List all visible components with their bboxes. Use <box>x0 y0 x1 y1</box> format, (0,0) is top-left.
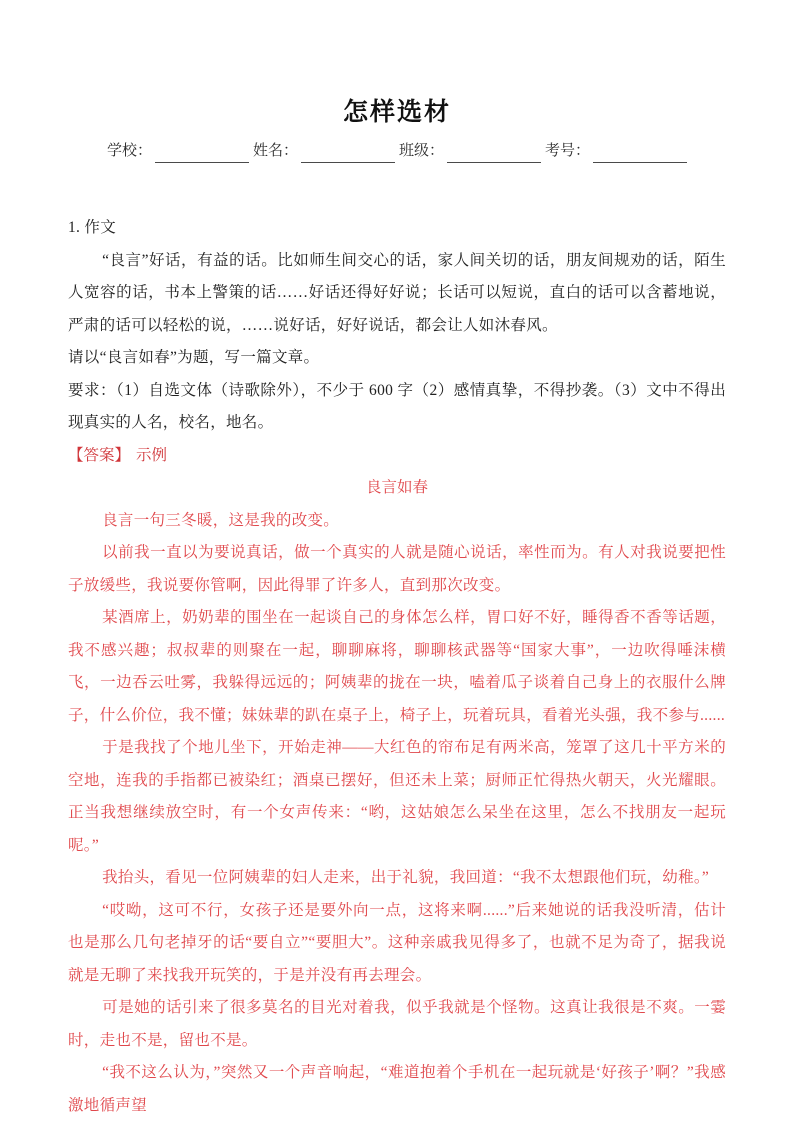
question-requirements: 要求：（1）自选文体（诗歌除外），不少于 600 字（2）感情真挚，不得抄袭。（… <box>68 375 726 440</box>
essay-paragraph: “我不这么认为，”突然又一个声音响起，“难道抱着个手机在一起玩就是‘好孩子’啊？… <box>68 1057 726 1122</box>
document-title: 怎样选材 <box>68 96 726 130</box>
answer-label: 【答案】 <box>68 447 130 464</box>
school-field: 学校： <box>107 139 249 163</box>
answer-type-label: 示例 <box>136 447 167 464</box>
question-instruction: 请以“良言如春”为题，写一篇文章。 <box>68 342 726 375</box>
student-info-row: 学校： 姓名： 班级： 考号： <box>68 139 726 163</box>
answer-label-line: 【答案】示例 <box>68 440 726 473</box>
essay-paragraph: 我抬头，看见一位阿姨辈的妇人走来，出于礼貌，我回道：“我不太想跟他们玩，幼稚。” <box>68 862 726 895</box>
class-label: 班级： <box>399 139 444 163</box>
name-field: 姓名： <box>253 139 395 163</box>
name-blank-line <box>301 145 395 163</box>
essay-title: 良言如春 <box>68 472 726 505</box>
name-label: 姓名： <box>253 139 298 163</box>
essay-paragraph: 可是她的话引来了很多莫名的目光对着我，似乎我就是个怪物。这真让我很是不爽。一霎时… <box>68 992 726 1057</box>
school-label: 学校： <box>107 139 152 163</box>
question-section: 1. 作文 “良言”好话，有益的话。比如师生间交心的话，家人间关切的话，朋友间规… <box>68 212 726 440</box>
question-prompt: “良言”好话，有益的话。比如师生间交心的话，家人间关切的话，朋友间规劝的话，陌生… <box>68 245 726 343</box>
exam-number-label: 考号： <box>545 139 590 163</box>
document-page: 怎样选材 学校： 姓名： 班级： 考号： 1. 作文 “良言”好话，有益的话。比… <box>0 0 793 1122</box>
exam-number-field: 考号： <box>545 139 687 163</box>
essay-paragraph: 于是我找了个地儿坐下，开始走神——大红色的帘布足有两米高，笼罩了这几十平方米的空… <box>68 732 726 862</box>
class-field: 班级： <box>399 139 541 163</box>
essay-paragraph: “哎呦，这可不行，女孩子还是要外向一点，这将来啊......”后来她说的话我没听… <box>68 895 726 993</box>
essay-paragraph: 以前我一直以为要说真话，做一个真实的人就是随心说话，率性而为。有人对我说要把性子… <box>68 537 726 602</box>
answer-section: 【答案】示例 良言如春 良言一句三冬暖，这是我的改变。 以前我一直以为要说真话，… <box>68 440 726 1122</box>
question-number: 1. 作文 <box>68 212 726 245</box>
essay-paragraph: 良言一句三冬暖，这是我的改变。 <box>68 505 726 538</box>
class-blank-line <box>447 145 541 163</box>
exam-number-blank-line <box>593 145 687 163</box>
school-blank-line <box>155 145 249 163</box>
essay-paragraph: 某酒席上，奶奶辈的围坐在一起谈自己的身体怎么样，胃口好不好，睡得香不香等话题，我… <box>68 602 726 732</box>
